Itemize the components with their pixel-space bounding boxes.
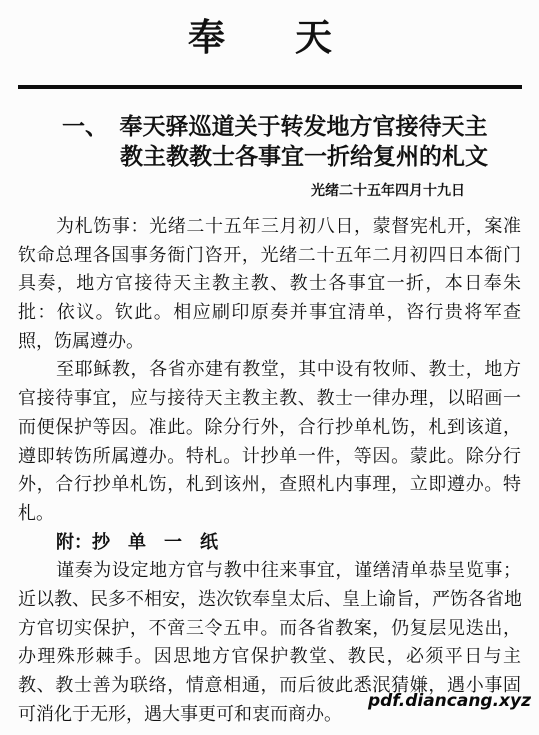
body-line: 札。 [18, 500, 521, 529]
body-line: 具奏，地方官接待天主教主教、教士各事宜一折，本日奉朱 [18, 270, 521, 299]
body-line: 办理殊形棘手。因思地方官保护教堂、教民，必须平日与主 [18, 643, 521, 672]
attachment-heading: 附：抄 单 一 纸 [18, 529, 521, 558]
body-line: 而便保护等因。准此。除分行外，合行抄单札饬，札到该道， [18, 414, 521, 443]
page-title: 奉天 [0, 0, 539, 57]
body-line: 方官切实保护，不啻三令五申。而各省教案，仍复层见迭出， [18, 615, 521, 644]
body-line: 批：依议。钦此。相应刷印原奏并事宜清单，咨行贵将军查 [18, 299, 521, 328]
body-line: 至耶稣教，各省亦建有教堂，其中设有牧师、教士，地方 [18, 356, 521, 385]
scanned-document-page: 奉天 一、 奉天驿巡道关于转发地方官接待天主 教主教教士各事宜一折给复州的札文 … [0, 0, 539, 735]
title-rule [18, 85, 522, 89]
body-line: 近以教、民多不相安，迭次钦奉皇太后、皇上谕旨，严饬各省地 [18, 586, 521, 615]
body-line: 官接待事宜，应与接待天主教主教、教士一律办理，以昭画一 [18, 385, 521, 414]
date-line: 光绪二十五年四月十九日 [0, 183, 539, 199]
body-line: 外，合行抄单札饬，札到该州，查照札内事理，立即遵办。特 [18, 471, 521, 500]
section-heading-line-1: 一、 奉天驿巡道关于转发地方官接待天主 [62, 112, 521, 142]
body-line: 谨奏为设定地方官与教中往来事宜，谨缮清单恭呈览事； [18, 557, 521, 586]
section-heading: 一、 奉天驿巡道关于转发地方官接待天主 教主教教士各事宜一折给复州的札文 [62, 112, 521, 172]
document-body: 为札饬事：光绪二十五年三月初八日，蒙督宪札开，案准 钦命总理各国事务衙门咨开，光… [18, 213, 521, 729]
watermark: pdf.diancang.xyz [368, 691, 531, 711]
section-heading-line-2: 教主教教士各事宜一折给复州的札文 [62, 142, 521, 172]
body-line: 遵即转饬所属遵办。特札。计抄单一件，等因。蒙此。除分行 [18, 443, 521, 472]
body-line: 为札饬事：光绪二十五年三月初八日，蒙督宪札开，案准 [18, 213, 521, 242]
body-line: 照，饬属遵办。 [18, 328, 521, 357]
body-line: 钦命总理各国事务衙门咨开，光绪二十五年二月初四日本衙门 [18, 242, 521, 271]
